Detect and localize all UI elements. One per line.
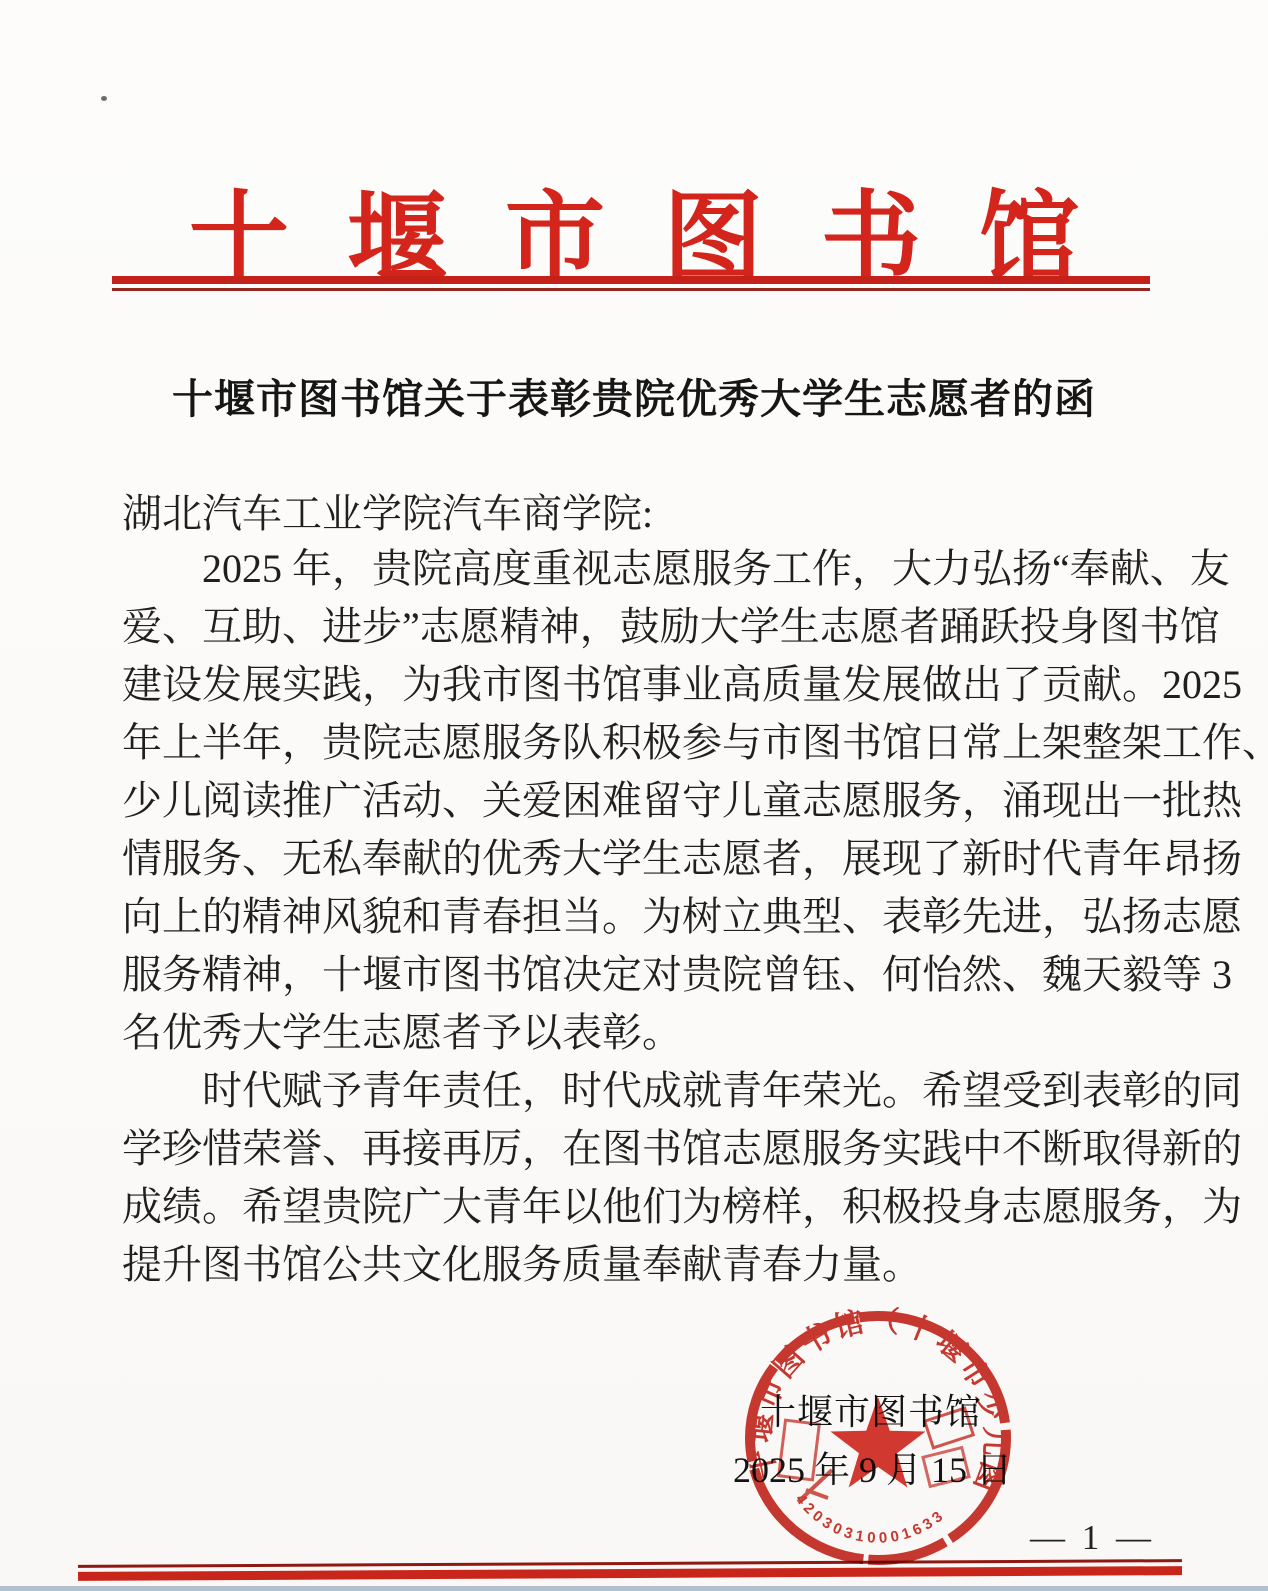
document-title: 十堰市图书馆关于表彰贵院优秀大学生志愿者的函 xyxy=(0,366,1268,425)
body-line: 学珍惜荣誉、再接再厉，在图书馆志愿服务实践中不断取得新的 xyxy=(122,1120,1110,1178)
seal-ghost-mark xyxy=(923,1448,969,1487)
body-line: 提升图书馆公共文化服务质量奉献青春力量。 xyxy=(122,1236,1110,1294)
scan-artifact-dot xyxy=(101,96,107,101)
header-rule-thin xyxy=(112,288,1150,291)
body-line: 情服务、无私奉献的优秀大学生志愿者，展现了新时代青年昂扬 xyxy=(122,830,1110,888)
seal-code: 42030310001633 xyxy=(792,1491,949,1547)
body-line: 名优秀大学生志愿者予以表彰。 xyxy=(122,1004,1110,1062)
scan-edge-band xyxy=(0,1586,1268,1591)
body-line: 向上的精神风貌和青春担当。为树立典型、表彰先进，弘扬志愿 xyxy=(122,888,1110,946)
body-line: 建设发展实践，为我市图书馆事业高质量发展做出了贡献。2025 xyxy=(122,656,1110,714)
body-line: 时代赋予青年责任，时代成就青年荣光。希望受到表彰的同 xyxy=(122,1062,1110,1120)
seal-arc-text: 十堰市图书馆（十堰市少儿图书馆） xyxy=(736,1302,1012,1500)
seal-ghost-mark xyxy=(779,1420,820,1480)
seal-ghost-mark xyxy=(798,1470,832,1502)
svg-text:十堰市图书馆（十堰市少儿图书馆）: 十堰市图书馆（十堰市少儿图书馆） xyxy=(736,1302,1012,1500)
seal-ghost-mark xyxy=(925,1408,974,1448)
body-line: 服务精神，十堰市图书馆决定对贵院曾钰、何怡然、魏天毅等 3 xyxy=(122,946,1110,1004)
body-line: 年上半年，贵院志愿服务队积极参与市图书馆日常上架整架工作、 xyxy=(122,714,1110,772)
header-rule-thick xyxy=(112,276,1150,284)
body-line: 2025 年，贵院高度重视志愿服务工作，大力弘扬“奉献、友 xyxy=(122,540,1110,598)
body-line: 爱、互助、进步”志愿精神，鼓励大学生志愿者踊跃投身图书馆 xyxy=(122,598,1110,656)
letter-body: 2025 年，贵院高度重视志愿服务工作，大力弘扬“奉献、友 爱、互助、进步”志愿… xyxy=(122,540,1110,1294)
seal-star-icon xyxy=(830,1397,925,1488)
body-line: 少儿阅读推广活动、关爱困难留守儿童志愿服务，涌现出一批热 xyxy=(122,772,1110,830)
svg-text:42030310001633: 42030310001633 xyxy=(792,1491,949,1547)
official-seal: 十堰市图书馆（十堰市少儿图书馆） 42030310001633 xyxy=(736,1302,1020,1574)
body-line: 成绩。希望贵院广大青年以他们为榜样，积极投身志愿服务，为 xyxy=(122,1178,1110,1236)
scanned-letter-page: 十堰市图书馆 十堰市图书馆关于表彰贵院优秀大学生志愿者的函 湖北汽车工业学院汽车… xyxy=(0,0,1268,1591)
addressee-line: 湖北汽车工业学院汽车商学院: xyxy=(122,482,1112,539)
page-number: — 1 — xyxy=(1030,1518,1155,1558)
